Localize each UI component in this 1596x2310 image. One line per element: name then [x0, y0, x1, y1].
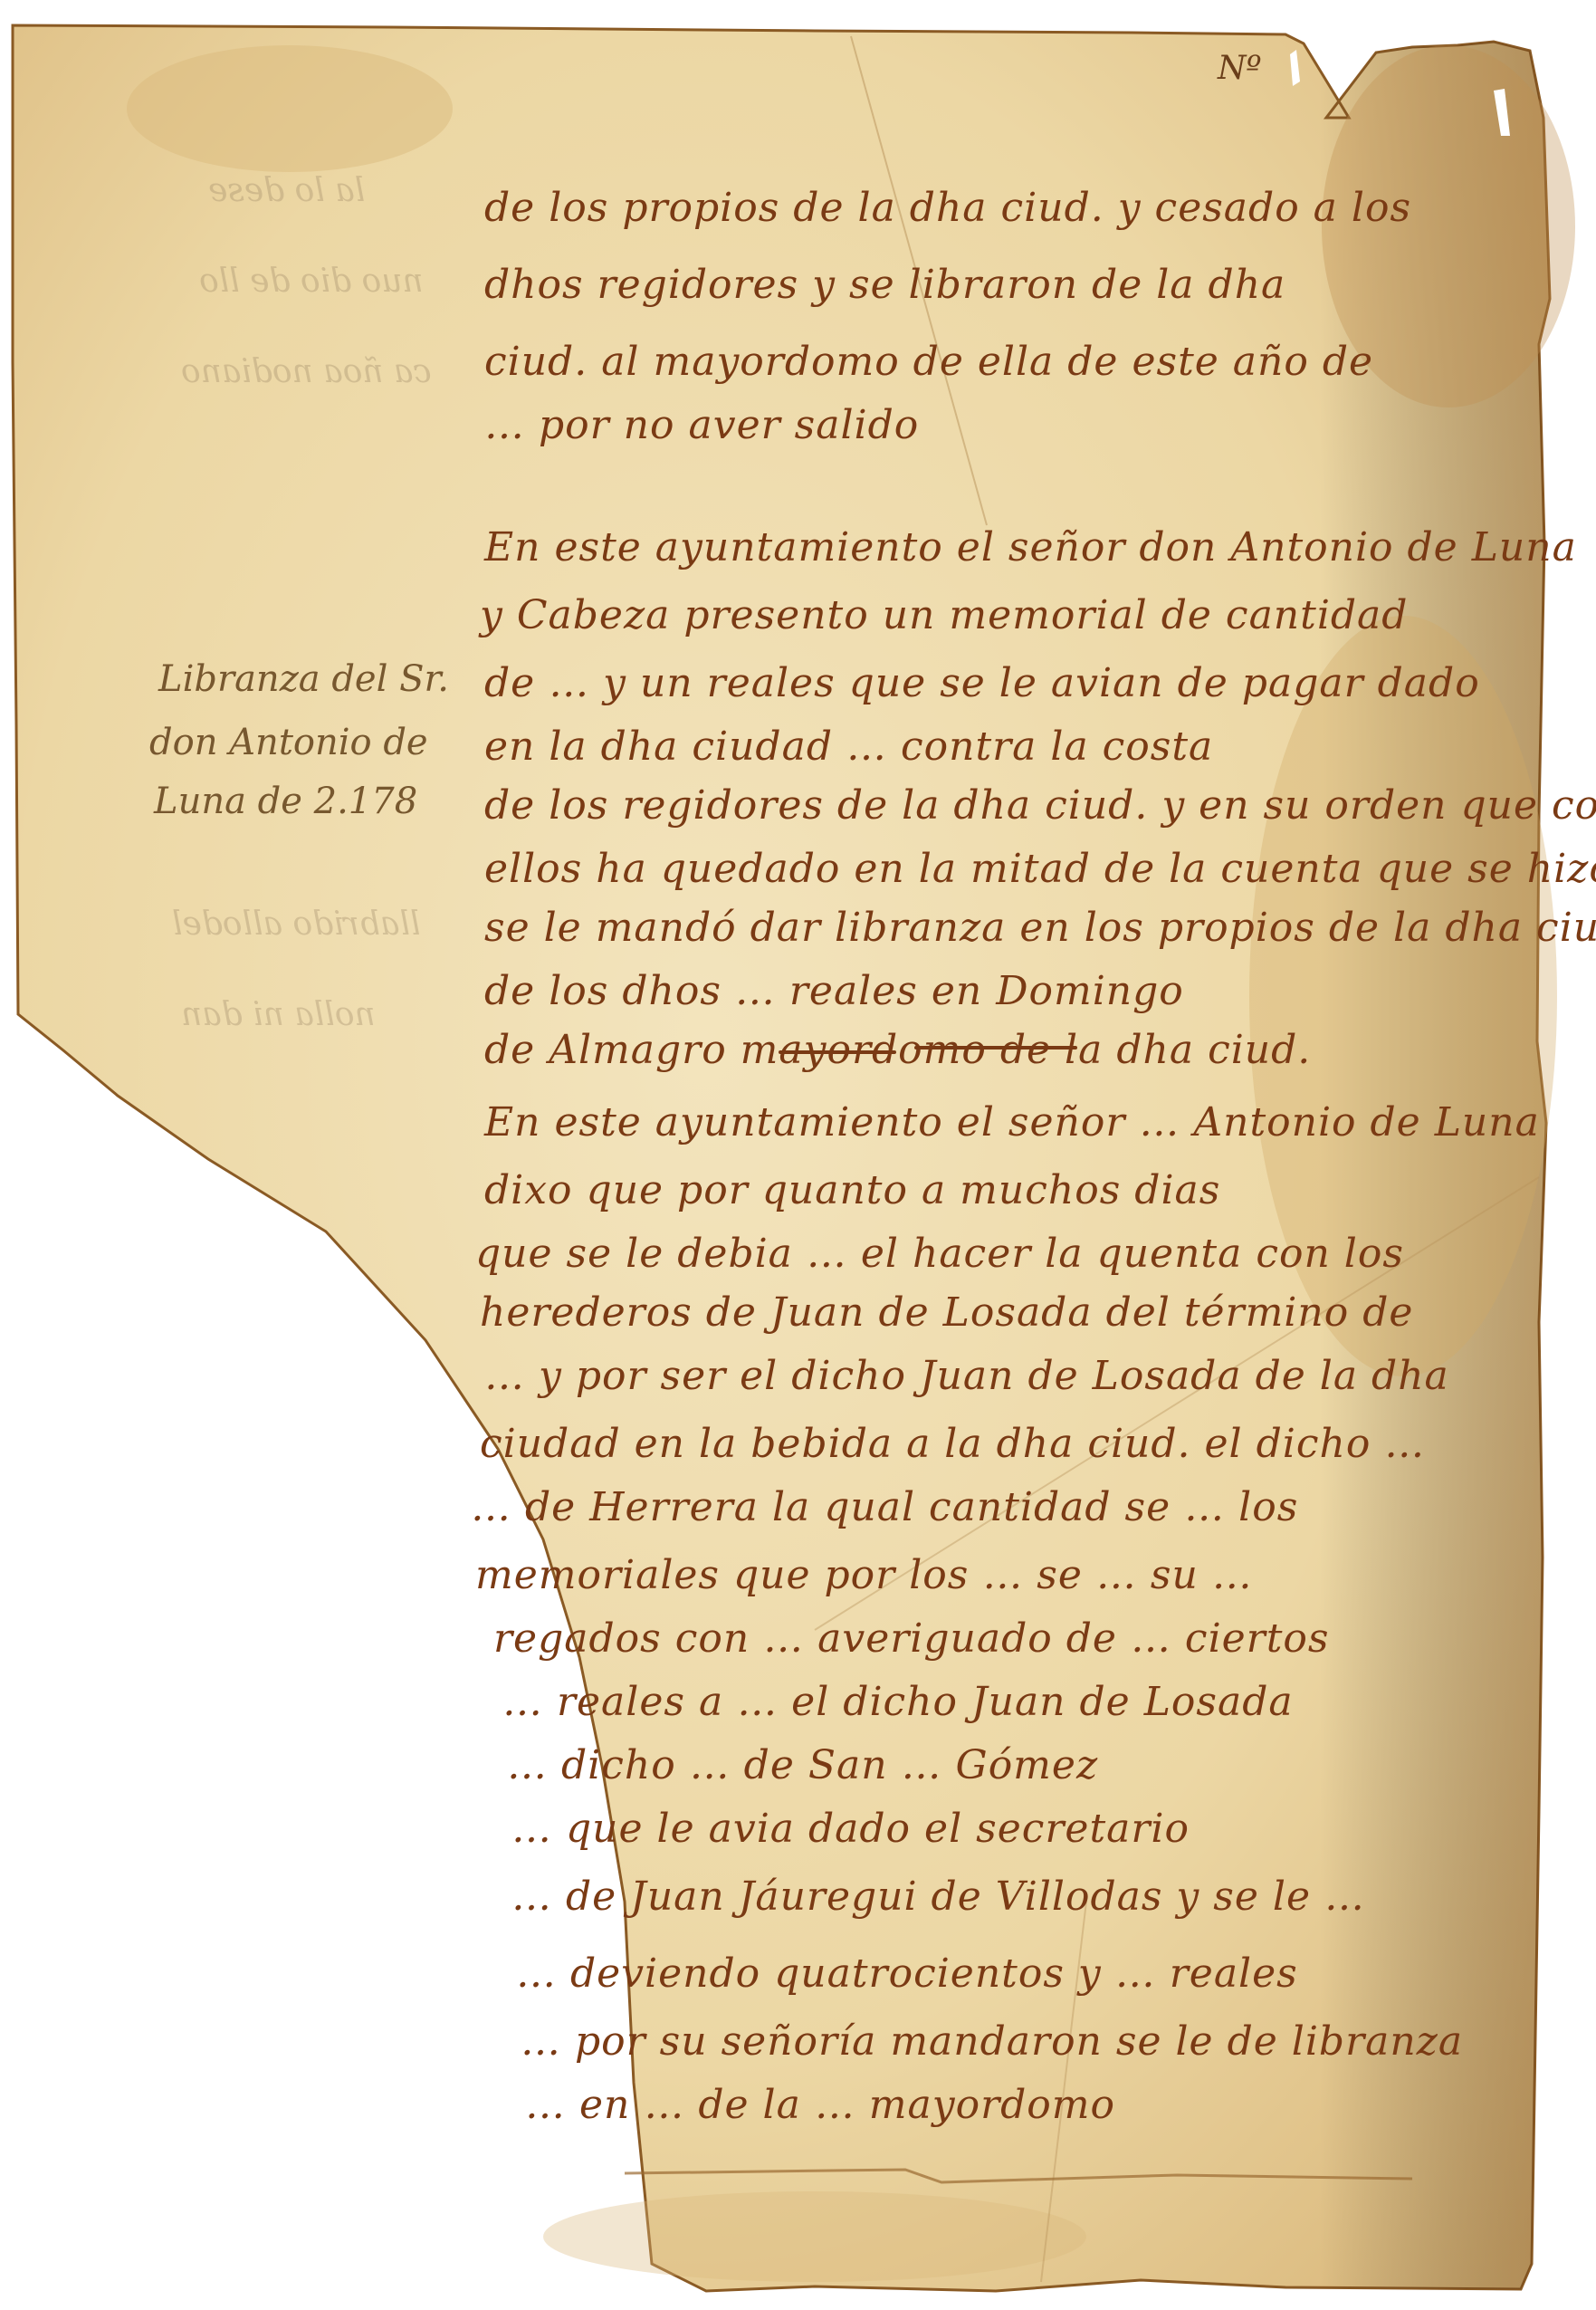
text-line: de los propios de la dha ciud. y cesado … — [484, 181, 1411, 235]
text-line: dixo que por quanto a muchos dias — [484, 1164, 1220, 1218]
text-line: que se le debia … el hacer la quenta con… — [475, 1227, 1404, 1281]
text-line: … deviendo quatrocientos y … reales — [516, 1947, 1298, 2001]
text-line: y Cabeza presento un memorial de cantida… — [480, 589, 1408, 643]
margin-note-line: don Antonio de — [149, 715, 428, 770]
text-line: regados con … averiguado de … ciertos — [493, 1612, 1329, 1666]
manuscript-page: la lo dese nuo dio de llo ca ñoa nodiano… — [0, 0, 1596, 2310]
closing-rule — [914, 1046, 1077, 1050]
text-line: … que le avia dado el secretario — [511, 1802, 1190, 1856]
text-line: de … y un reales que se le avian de paga… — [484, 657, 1480, 711]
bleed-through-text: ca ñoa nodiano — [181, 353, 432, 390]
text-line: … de Juan Jáuregui de Villodas y se le … — [511, 1870, 1365, 1924]
text-line: ellos ha quedado en la mitad de la cuent… — [484, 842, 1596, 896]
text-line: memoriales que por los … se … su … — [475, 1548, 1253, 1603]
text-line: … por no aver salido — [484, 398, 919, 453]
closing-rule — [779, 1050, 896, 1054]
bleed-through-text: la lo dese — [208, 172, 365, 209]
text-line: de Almagro mayordomo de la dha ciud. — [484, 1023, 1311, 1078]
text-line: … en … de la … mayordomo — [525, 2078, 1115, 2133]
text-line: se le mandó dar libranza en los propios … — [484, 901, 1596, 955]
text-line: … por su señoría mandaron se le de libra… — [521, 2015, 1463, 2069]
margin-note-line: Libranza del Sr. — [158, 652, 449, 706]
text-line: … dicho … de San … Gómez — [507, 1739, 1098, 1793]
folio-number: Nº — [1218, 50, 1261, 87]
bleed-through-text: nuo dio de llo — [199, 263, 424, 300]
text-line: herederos de Juan de Losada del término … — [480, 1286, 1413, 1340]
margin-note-line: Luna de 2.178 — [154, 774, 417, 829]
bleed-through-text: nolla ni dan — [181, 996, 376, 1033]
text-line: dhos regidores y se libraron de la dha — [484, 258, 1285, 312]
text-line: … y por ser el dicho Juan de Losada de l… — [484, 1349, 1449, 1404]
text-line: En este ayuntamiento el señor don Antoni… — [484, 521, 1577, 575]
bleed-through-text: llabrido allodel — [172, 906, 420, 943]
text-line: en la dha ciudad … contra la costa — [484, 720, 1213, 774]
text-line: ciud. al mayordomo de ella de este año d… — [484, 335, 1373, 389]
text-line: de los dhos … reales en Domingo — [484, 964, 1184, 1019]
text-line: de los regidores de la dha ciud. y en su… — [484, 779, 1596, 833]
text-line: En este ayuntamiento el señor … Antonio … — [484, 1096, 1540, 1150]
text-line: … de Herrera la qual cantidad se … los — [471, 1481, 1298, 1535]
text-line: … reales a … el dicho Juan de Losada — [502, 1675, 1294, 1730]
text-line: ciudad en la bebida a la dha ciud. el di… — [480, 1417, 1425, 1471]
